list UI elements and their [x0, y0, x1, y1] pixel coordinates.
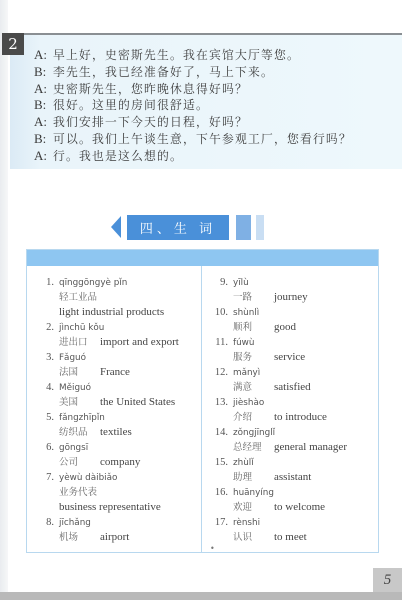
speaker-label: A: [34, 81, 53, 98]
entry-hanzi: 服务 [233, 350, 274, 365]
column-divider [201, 266, 202, 553]
dialogue-text: 李先生，我已经准备好了，马上下来。 [53, 65, 274, 79]
section-heading: 四、生 词 [111, 215, 271, 240]
vocabulary-column-left: 1.qīnggōngyè pǐn 轻工业品 light industrial p… [37, 275, 197, 545]
book-spine-shadow [0, 0, 8, 600]
vocab-entry: 5.fǎngzhīpǐn 纺织品textiles [37, 410, 197, 440]
vocab-entry: 11.fúwù 服务service [208, 335, 378, 365]
entry-number: 16. [208, 485, 228, 500]
entry-pinyin: jièshào [233, 398, 264, 408]
dialogue-text: 可以。我们上午谈生意，下午参观工厂，您看行吗？ [53, 132, 352, 146]
vocab-entry: 1.qīnggōngyè pǐn 轻工业品 light industrial p… [37, 275, 197, 320]
entry-number: 12. [208, 365, 228, 380]
speaker-label: B: [34, 97, 53, 114]
dialogue-line: B:可以。我们上午谈生意，下午参观工厂，您看行吗？ [34, 131, 352, 148]
entry-pinyin: zhùlǐ [233, 458, 254, 468]
entry-pinyin: qīnggōngyè pǐn [59, 278, 127, 288]
vocab-entry: 16.huānyíng 欢迎to welcome [208, 485, 378, 515]
dialogue-line: A:史密斯先生，您昨晚休息得好吗？ [34, 81, 352, 98]
vocab-entry: 9.yīlù 一路journey [208, 275, 378, 305]
entry-number: 3. [37, 350, 54, 365]
entry-english: the United States [100, 396, 175, 408]
speaker-label: A: [34, 114, 53, 131]
entry-hanzi: 纺织品 [59, 425, 100, 440]
entry-pinyin: fúwù [233, 338, 254, 348]
decorative-block [256, 215, 264, 240]
dialogue-text: 史密斯先生，您昨晚休息得好吗？ [53, 82, 248, 96]
entry-hanzi: 业务代表 [59, 485, 100, 500]
entry-pinyin: Fǎguó [59, 353, 86, 363]
vocab-entry: 4.Měiguó 美国the United States [37, 380, 197, 410]
speaker-label: B: [34, 131, 53, 148]
dialogue-line: A:早上好，史密斯先生。我在宾馆大厅等您。 [34, 47, 352, 64]
entry-hanzi: 轻工业品 [59, 290, 100, 305]
entry-pinyin: rènshi [233, 518, 260, 528]
entry-hanzi: 顺利 [233, 320, 274, 335]
vocabulary-header-bar [27, 250, 378, 266]
vocab-entry: 12.mǎnyì 满意satisfied [208, 365, 378, 395]
vocab-entry: 2.jìnchū kǒu 进出口import and export [37, 320, 197, 350]
entry-pinyin: jīchǎng [59, 518, 91, 528]
speaker-label: A: [34, 47, 53, 64]
stray-mark: • [210, 544, 215, 553]
entry-number: 1. [37, 275, 54, 290]
dialogue-text: 我们安排一下今天的日程，好吗？ [53, 115, 248, 129]
entry-pinyin: yèwù dàibiǎo [59, 473, 117, 483]
vocabulary-column-right: 9.yīlù 一路journey 10.shùnlì 顺利good 11.fúw… [208, 275, 378, 545]
entry-english: airport [100, 531, 129, 543]
entry-hanzi: 介绍 [233, 410, 274, 425]
entry-pinyin: Měiguó [59, 383, 91, 393]
entry-english: light industrial products [59, 306, 164, 318]
entry-pinyin: yīlù [233, 278, 249, 288]
entry-hanzi: 机场 [59, 530, 100, 545]
entry-english: to introduce [274, 411, 327, 423]
entry-english: service [274, 351, 305, 363]
entry-english: France [100, 366, 130, 378]
entry-hanzi: 美国 [59, 395, 100, 410]
entry-english: satisfied [274, 381, 311, 393]
vocab-entry: 8.jīchǎng 机场airport [37, 515, 197, 545]
vocab-entry: 15.zhùlǐ 助理assistant [208, 455, 378, 485]
entry-english: company [100, 456, 140, 468]
entry-hanzi: 欢迎 [233, 500, 274, 515]
entry-english: assistant [274, 471, 311, 483]
entry-number: 10. [208, 305, 228, 320]
section-title: 四、生 词 [127, 215, 229, 240]
entry-pinyin: fǎngzhīpǐn [59, 413, 105, 423]
dialogue-line: B:很好。这里的房间很舒适。 [34, 97, 352, 114]
entry-hanzi: 法国 [59, 365, 100, 380]
entry-hanzi: 公司 [59, 455, 100, 470]
entry-english: general manager [274, 441, 347, 453]
entry-number: 9. [208, 275, 228, 290]
entry-english: to welcome [274, 501, 325, 513]
dialogue-text: 很好。这里的房间很舒适。 [53, 98, 209, 112]
entry-pinyin: huānyíng [233, 488, 274, 498]
dialogue-number-badge: 2 [2, 33, 24, 55]
arrow-left-icon [111, 216, 121, 238]
entry-number: 2. [37, 320, 54, 335]
entry-pinyin: gōngsī [59, 443, 88, 453]
page-bottom-edge [0, 592, 402, 600]
speaker-label: A: [34, 148, 53, 165]
entry-hanzi: 总经理 [233, 440, 274, 455]
decorative-block [236, 215, 251, 240]
entry-pinyin: shùnlì [233, 308, 259, 318]
vocab-entry: 17.rènshi 认识to meet [208, 515, 378, 545]
entry-number: 4. [37, 380, 54, 395]
page-number: 5 [373, 568, 402, 592]
entry-number: 11. [208, 335, 228, 350]
entry-number: 14. [208, 425, 228, 440]
vocab-entry: 7.yèwù dàibiǎo 业务代表 business representat… [37, 470, 197, 515]
entry-english: journey [274, 291, 308, 303]
dialogue-text: 行。我也是这么想的。 [53, 149, 183, 163]
entry-number: 13. [208, 395, 228, 410]
entry-hanzi: 满意 [233, 380, 274, 395]
entry-hanzi: 进出口 [59, 335, 100, 350]
entry-english: good [274, 321, 296, 333]
entry-number: 6. [37, 440, 54, 455]
entry-number: 15. [208, 455, 228, 470]
entry-english: to meet [274, 531, 307, 543]
dialogue-line: A:我们安排一下今天的日程，好吗？ [34, 114, 352, 131]
vocabulary-body: 1.qīnggōngyè pǐn 轻工业品 light industrial p… [27, 266, 378, 553]
entry-hanzi: 助理 [233, 470, 274, 485]
dialogue-line: B:李先生，我已经准备好了，马上下来。 [34, 64, 352, 81]
vocab-entry: 3.Fǎguó 法国France [37, 350, 197, 380]
entry-english: business representative [59, 501, 161, 513]
entry-english: import and export [100, 336, 179, 348]
entry-number: 5. [37, 410, 54, 425]
vocab-entry: 6.gōngsī 公司company [37, 440, 197, 470]
dialogue-lines: A:早上好，史密斯先生。我在宾馆大厅等您。 B:李先生，我已经准备好了，马上下来… [34, 47, 352, 165]
entry-number: 8. [37, 515, 54, 530]
vocab-entry: 14.zǒngjīnglǐ 总经理general manager [208, 425, 378, 455]
dialogue-text: 早上好，史密斯先生。我在宾馆大厅等您。 [53, 48, 300, 62]
dialogue-line: A:行。我也是这么想的。 [34, 148, 352, 165]
entry-number: 7. [37, 470, 54, 485]
vocabulary-table: 1.qīnggōngyè pǐn 轻工业品 light industrial p… [26, 249, 379, 553]
entry-hanzi: 一路 [233, 290, 274, 305]
vocab-entry: 10.shùnlì 顺利good [208, 305, 378, 335]
entry-pinyin: mǎnyì [233, 368, 260, 378]
speaker-label: B: [34, 64, 53, 81]
entry-pinyin: jìnchū kǒu [59, 323, 104, 333]
entry-pinyin: zǒngjīnglǐ [233, 428, 275, 438]
entry-number: 17. [208, 515, 228, 530]
vocab-entry: 13.jièshào 介绍to introduce [208, 395, 378, 425]
entry-hanzi: 认识 [233, 530, 274, 545]
entry-english: textiles [100, 426, 132, 438]
